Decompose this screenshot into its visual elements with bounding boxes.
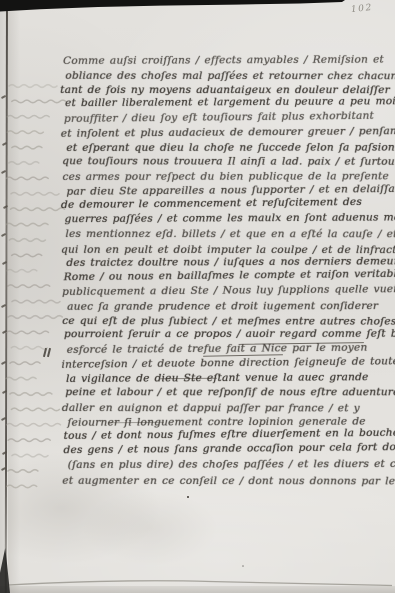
text-line: prouffiter / dieu ſoy eſt touſiours fait… (64, 108, 395, 126)
bleedthrough-line (12, 146, 42, 149)
bleedthrough-line (7, 485, 37, 488)
bleedthrough-line (6, 223, 48, 226)
bleedthrough-line (8, 439, 50, 442)
manuscript-page: 102 Comme auſsi croiſſans / effects amya… (0, 0, 395, 593)
text-line: Rome / ou nous en baillaſmes le compte e… (64, 266, 395, 284)
bleedthrough-line (11, 208, 65, 211)
bleedthrough-line (11, 193, 59, 196)
bleedthrough-line (12, 454, 48, 457)
bleedthrough-line (11, 408, 59, 411)
text-line: publicquement a dieu Ste / Nous luy ſupp… (62, 282, 395, 299)
bleedthrough-line (11, 347, 47, 350)
bleedthrough-line (9, 239, 45, 242)
text-line: et augmenter en ce conſeil ce / dont nou… (62, 473, 395, 488)
bleedthrough-line (7, 331, 49, 334)
ink-speck (187, 496, 189, 498)
bleedthrough-line (10, 362, 40, 365)
bleedthrough-line (12, 254, 42, 257)
bottom-page-edge (8, 581, 392, 586)
bleedthrough-line (12, 300, 60, 303)
bleedthrough-line (9, 162, 39, 165)
bleedthrough-line (7, 424, 61, 427)
bleedthrough-line (7, 116, 49, 119)
bleedthrough-line (10, 393, 52, 396)
area-below-page (0, 586, 395, 593)
text-line: la vigilance de dieu Ste eſtant venue la… (66, 370, 395, 386)
text-line: et eſperant que dieu la choſe ne ſuccede… (66, 140, 395, 155)
bleedthrough-line (8, 316, 62, 319)
text-line: peine et labour / et que reſponſif de no… (65, 385, 395, 399)
bleedthrough-line (9, 85, 57, 88)
text-line: guerres paſſées / et comme les maulx en … (64, 210, 395, 226)
bleedthrough-line (12, 100, 66, 103)
text-line: des gens / et nous ſans grande occaſion … (63, 440, 395, 458)
text-line: Comme auſsi croiſſans / effects amyables… (63, 53, 395, 69)
bleedthrough-line (8, 285, 50, 288)
ink-speck (242, 565, 244, 567)
text-line: les mentionnez eſd. billets / et que en … (65, 227, 395, 242)
bleedthrough-line (6, 177, 48, 180)
text-line: pourroient ſeruir a ce propos / auoir re… (64, 327, 395, 342)
bleedthrough-line (6, 377, 36, 380)
text-line: que touſiours nous trouuera Il ainſi a l… (62, 154, 395, 169)
text-line: (ſans en plus dire) des choſes paſſées /… (68, 457, 395, 472)
bleedthrough-line (8, 470, 38, 473)
text-line: auec ſa grande prudence et droit iugemen… (67, 299, 395, 314)
text-line: et inſolent et plus audacieux de demoure… (61, 124, 395, 141)
bleedthrough-line (7, 270, 37, 273)
bleedthrough-line (7, 131, 43, 134)
text-line: daller en auignon et dappui paſſer par f… (62, 400, 395, 415)
text-line: obliance des choſes mal paſſées et retou… (65, 69, 395, 84)
